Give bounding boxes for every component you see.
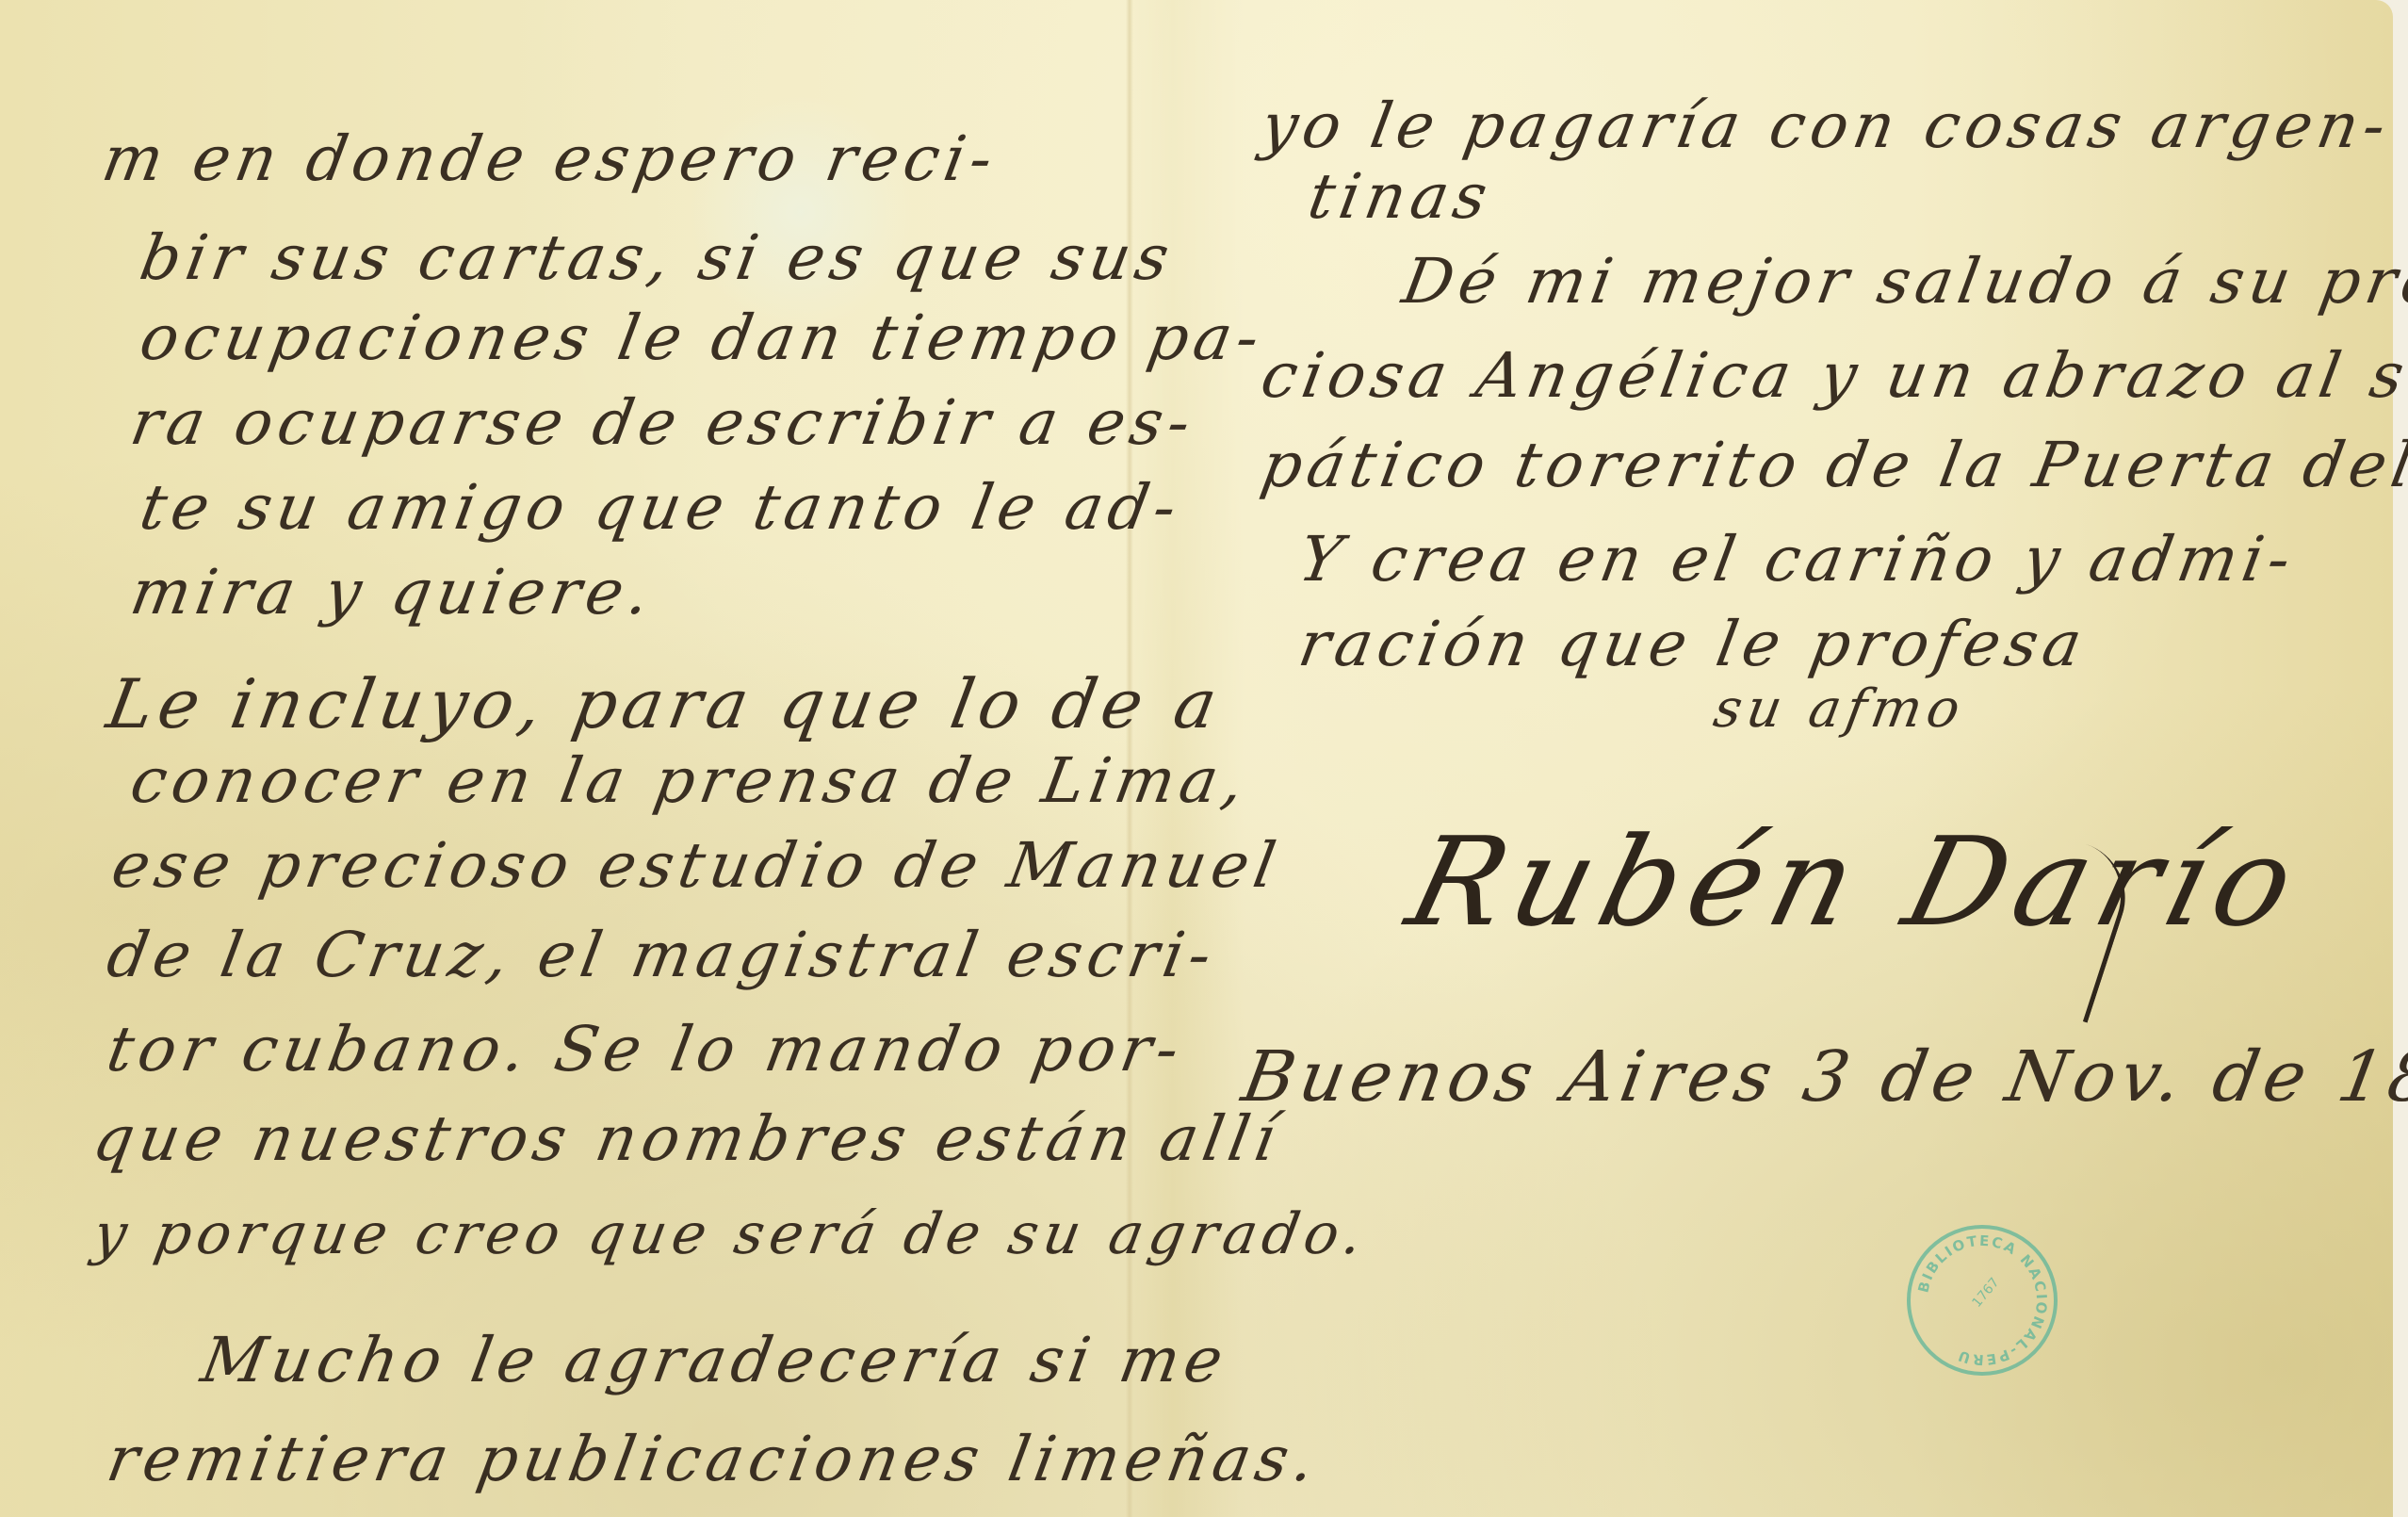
letter-line: de la Cruz, el magistral escri- <box>102 919 1222 991</box>
letter-line: ra ocuparse de escribir a es- <box>125 386 1201 459</box>
letter-line: conocer en la prensa de Lima, <box>125 744 1255 817</box>
letter-line: que nuestros nombres están allí <box>88 1102 1286 1175</box>
letter-line: remitiera publicaciones limeñas. <box>102 1423 1326 1495</box>
library-stamp: BIBLIOTECA NACIONAL-PERU 1767 <box>1907 1225 2058 1376</box>
letter-line: m en donde espero reci- <box>97 122 1003 195</box>
signature: Rubén Darío <box>1395 810 2317 954</box>
letter-line: ciosa Angélica y un abrazo al sim- <box>1256 339 2408 412</box>
letter-line: bir sus cartas, si es que sus <box>135 221 1180 294</box>
place-date: Buenos Aires 3 de Nov. de 1893 <box>1236 1036 2408 1117</box>
letter-line: ración que le profesa <box>1293 608 2092 680</box>
closing: su afmo <box>1709 678 1970 740</box>
letter-line: Mucho le agradecería si me <box>196 1324 1233 1396</box>
letter-line: yo le pagaría con cosas argen- <box>1256 90 2397 162</box>
letter-line: tor cubano. Se lo mando por- <box>102 1013 1190 1085</box>
letter-line: Le incluyo, para que lo de a <box>102 664 1228 743</box>
letter-line: mira y quiere. <box>125 556 660 628</box>
letter-line: Dé mi mejor saludo á su pre- <box>1397 245 2408 318</box>
letter-line: tinas <box>1303 160 1498 233</box>
letter-line: te su amigo que tanto le ad- <box>135 471 1187 544</box>
letter-line: ocupaciones le dan tiempo pa- <box>135 302 1270 374</box>
letter-line: ese precioso estudio de Manuel <box>106 829 1286 902</box>
letter-line: pático torerito de la Puerta del Sol. <box>1256 429 2408 501</box>
letter-line: y porque creo que será de su agrado. <box>89 1201 1373 1267</box>
letter-line: Y crea en el cariño y admi- <box>1293 523 2302 595</box>
